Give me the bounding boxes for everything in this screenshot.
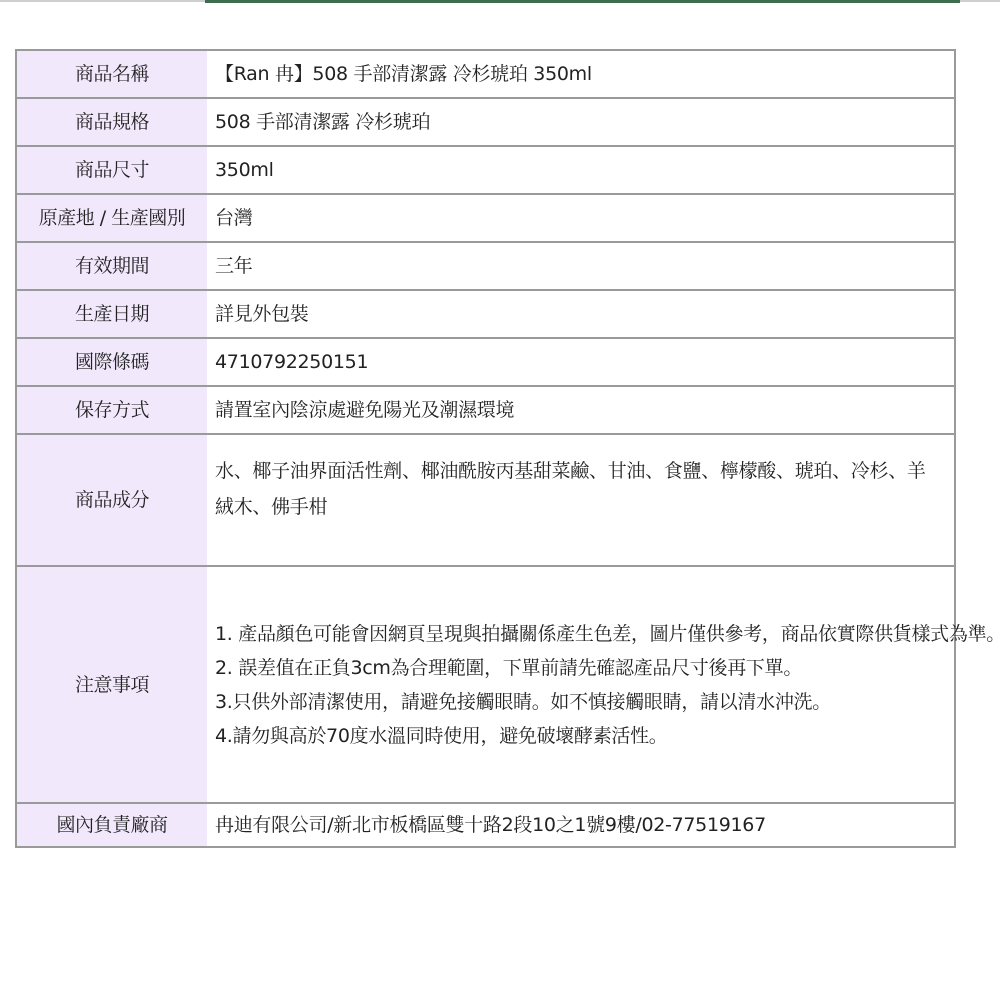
spec-row-specification: 商品規格 508 手部清潔露 冷杉琥珀 bbox=[16, 98, 955, 146]
top-accent-bar bbox=[205, 0, 960, 3]
spec-row-barcode: 國際條碼 4710792250151 bbox=[16, 338, 955, 386]
spec-value-origin: 台灣 bbox=[207, 194, 955, 242]
product-spec-table: 商品名稱 【Ran 冉】508 手部清潔露 冷杉琥珀 350ml 商品規格 50… bbox=[15, 49, 956, 848]
spec-label-specification: 商品規格 bbox=[16, 98, 207, 146]
spec-row-origin: 原產地 / 生產國別 台灣 bbox=[16, 194, 955, 242]
spec-row-shelf-life: 有效期間 三年 bbox=[16, 242, 955, 290]
spec-value-barcode: 4710792250151 bbox=[207, 338, 955, 386]
spec-label-storage: 保存方式 bbox=[16, 386, 207, 434]
spec-row-manufacture-date: 生產日期 詳見外包裝 bbox=[16, 290, 955, 338]
spec-label-vendor: 國內負責廠商 bbox=[16, 803, 207, 847]
top-divider-left bbox=[0, 0, 205, 2]
spec-row-notes: 注意事項 1. 產品顏色可能會因網頁呈現與拍攝關係產生色差，圖片僅供參考，商品依… bbox=[16, 566, 955, 803]
spec-value-ingredients: 水、椰子油界面活性劑、椰油酰胺丙基甜菜鹼、甘油、食鹽、檸檬酸、琥珀、冷杉、羊絨木… bbox=[207, 434, 955, 566]
spec-label-manufacture-date: 生產日期 bbox=[16, 290, 207, 338]
spec-value-product-name: 【Ran 冉】508 手部清潔露 冷杉琥珀 350ml bbox=[207, 50, 955, 98]
spec-row-product-name: 商品名稱 【Ran 冉】508 手部清潔露 冷杉琥珀 350ml bbox=[16, 50, 955, 98]
note-item: 4.請勿與高於70度水溫同時使用，避免破壞酵素活性。 bbox=[215, 719, 944, 753]
spec-value-shelf-life: 三年 bbox=[207, 242, 955, 290]
spec-row-vendor: 國內負責廠商 冉迪有限公司/新北市板橋區雙十路2段10之1號9樓/02-7751… bbox=[16, 803, 955, 847]
spec-value-manufacture-date: 詳見外包裝 bbox=[207, 290, 955, 338]
spec-label-product-name: 商品名稱 bbox=[16, 50, 207, 98]
spec-label-origin: 原產地 / 生產國別 bbox=[16, 194, 207, 242]
spec-row-size: 商品尺寸 350ml bbox=[16, 146, 955, 194]
spec-label-notes: 注意事項 bbox=[16, 566, 207, 803]
spec-value-vendor: 冉迪有限公司/新北市板橋區雙十路2段10之1號9樓/02-77519167 bbox=[207, 803, 955, 847]
spec-value-storage: 請置室內陰涼處避免陽光及潮濕環境 bbox=[207, 386, 955, 434]
spec-label-size: 商品尺寸 bbox=[16, 146, 207, 194]
note-item: 1. 產品顏色可能會因網頁呈現與拍攝關係產生色差，圖片僅供參考，商品依實際供貨樣… bbox=[215, 617, 944, 651]
note-item: 2. 誤差值在正負3cm為合理範圍，下單前請先確認產品尺寸後再下單。 bbox=[215, 651, 944, 685]
spec-label-barcode: 國際條碼 bbox=[16, 338, 207, 386]
note-item: 3.只供外部清潔使用，請避免接觸眼睛。如不慎接觸眼睛，請以清水沖洗。 bbox=[215, 685, 944, 719]
top-divider-right bbox=[960, 0, 1000, 2]
spec-value-notes: 1. 產品顏色可能會因網頁呈現與拍攝關係產生色差，圖片僅供參考，商品依實際供貨樣… bbox=[207, 566, 955, 803]
spec-value-specification: 508 手部清潔露 冷杉琥珀 bbox=[207, 98, 955, 146]
spec-label-shelf-life: 有效期間 bbox=[16, 242, 207, 290]
spec-value-size: 350ml bbox=[207, 146, 955, 194]
spec-label-ingredients: 商品成分 bbox=[16, 434, 207, 566]
spec-row-storage: 保存方式 請置室內陰涼處避免陽光及潮濕環境 bbox=[16, 386, 955, 434]
spec-row-ingredients: 商品成分 水、椰子油界面活性劑、椰油酰胺丙基甜菜鹼、甘油、食鹽、檸檬酸、琥珀、冷… bbox=[16, 434, 955, 566]
